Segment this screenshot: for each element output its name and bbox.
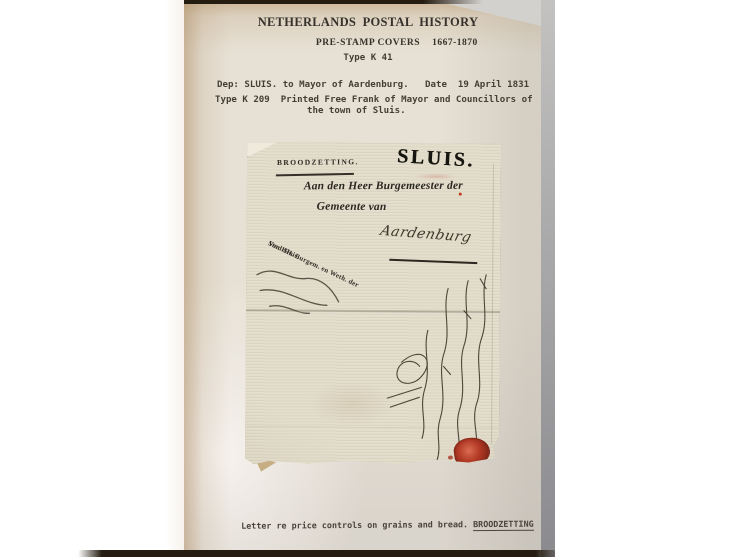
caption-highlight: BROODZETTING [473, 519, 534, 531]
page-top-shadow [183, 0, 483, 4]
description-line-1: Dep: SLUIS. to Mayor of Aardenburg. Date… [217, 80, 529, 90]
page-stack-edge [541, 0, 555, 557]
broodzetting-underline [276, 173, 354, 176]
red-ink-dot [459, 193, 462, 196]
sluis-postmark: SLUIS. [396, 145, 475, 173]
folded-corner [247, 142, 277, 157]
type-reference: Type K 41 [238, 53, 498, 63]
description-line-3: the town of Sluis. [307, 106, 406, 116]
caption: Letter re price controls on grains and b… [221, 509, 473, 541]
series-years: 1667-1870 [432, 38, 478, 48]
printed-address-line-1: Aan den Heer Burgemeester der [304, 180, 463, 193]
pre-stamp-cover: BROODZETTING. SLUIS. Aan den Heer Burgem… [245, 142, 501, 466]
destination-handwritten: Aardenburg [379, 223, 474, 246]
caption-text: Letter re price controls on grains and b… [241, 519, 473, 531]
postmark-red-ghost [415, 173, 457, 179]
destination-underline [389, 259, 477, 264]
facing-white-page [0, 0, 184, 557]
album-page-photo: NETHERLANDS POSTAL HISTORY PRE-STAMP COV… [0, 0, 740, 557]
description-line-2: Type K 209 Printed Free Frank of Mayor a… [215, 95, 533, 105]
series-label: PRE-STAMP COVERS [316, 38, 420, 48]
album-title: NETHERLANDS POSTAL HISTORY [238, 15, 498, 30]
sender-signature-flourish [239, 244, 358, 338]
album-series: PRE-STAMP COVERS1667-1870 [238, 38, 498, 48]
printed-address-line-2: Gemeente van [317, 201, 387, 213]
wax-seal-fragment [448, 456, 453, 460]
page-bottom-shadow [78, 550, 555, 557]
broodzetting-mark: BROODZETTING. [277, 157, 359, 167]
